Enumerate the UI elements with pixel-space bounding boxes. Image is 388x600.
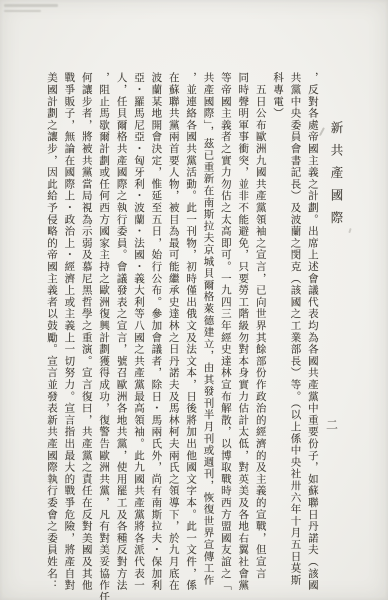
body-text: ，反對各處帝國主義之計劃。出席上述會議代表均為各國共產黨中重要份子，如蘇聯日丹諾… xyxy=(46,72,318,590)
watermark-line xyxy=(4,4,58,7)
text-column-16: 美國計劃之讓步，因此給予侵略的帝國主義者以鼓勵。宣言並發表新共產國際執行委會之委… xyxy=(46,72,57,590)
text-column-15: 戰爭販子，無論在國際上・政治上・經濟上或主義上一切努力。宣言指出最大的戰爭危險，… xyxy=(63,72,74,590)
text-column-1: ，反對各處帝國主義之計劃。出席上述會議代表均為各國共產黨中重要份子，如蘇聯日丹諾… xyxy=(307,72,318,590)
text-column-14: 何讓步者，將被共黨當局視為示弱及慕尼黑哲學之重演。宣言復曰，共產黨之責任在反對美… xyxy=(81,72,92,590)
text-column-11: 亞・羅馬尼亞・匈牙利・波蘭・法國・義大利等八國之共產黨最高領袖。此九國共產黨將各… xyxy=(133,72,144,590)
scan-artifact xyxy=(319,127,325,136)
text-column-3: 科專電） xyxy=(272,72,283,590)
page-header-title: 新共產國際 xyxy=(329,121,343,241)
text-column-13: ，阻止馬歇爾計劃或任何西方國家主持之歐洲復興計劃獲得成功，復警告歐洲共黨，凡有對… xyxy=(98,72,109,590)
text-column-9: 在蘇聯共黨兩首要人物，被目為最可能繼承史達林之日丹諾夫及馬林柯夫兩氏之領導下，於… xyxy=(168,72,179,590)
corner-watermark xyxy=(4,4,58,15)
text-column-8: ，並連絡各國共黨活動。此一刊物，初時僅出俄文及法文本，日後將加出他國文字本。此一… xyxy=(185,72,196,590)
text-column-10: 波蘭某地開會決定，惟延至五日，始行公布。參加會議者，除日・馬兩氏外，尚有南斯拉夫… xyxy=(150,72,161,590)
text-column-2: 共黨中央委員會書記長）及波蘭之閔克（該國之工業部長）等。（以上係中央社卅六年十月… xyxy=(289,72,300,590)
scan-artifact xyxy=(348,228,351,233)
page-number: 二 xyxy=(326,416,338,433)
text-column-7: 共產國際」，茲已重新在南斯拉夫京城貝爾格萊德建立，由其發刊半月刊或週刊，恢復世界… xyxy=(203,72,214,590)
text-column-6: 等帝國主義者之實力勿估之太高即可。一九四三年經史達林宣布解散，以博取戰時西方盟國… xyxy=(220,72,231,590)
scanned-book-page: 新共產國際 二 ，反對各處帝國主義之計劃。出席上述會議代表均為各國共產黨中重要份… xyxy=(0,0,388,600)
text-column-4: 五日公布歐洲九國共產黨領袖之宣言，已向世界其餘部份作政治的經濟的及主義的宣戰，但… xyxy=(255,72,266,590)
text-column-5: 同時聲明軍事衝突，並非不能避免，只要勞工階級勿對本身實力估計太低，對英美及各地右… xyxy=(237,72,248,590)
watermark-line xyxy=(4,10,41,13)
text-column-12: 人，任貝爾格共產國際之執行委員。會議發表之宣言，號召歐洲各地共黨，使用罷工及各種… xyxy=(116,72,127,590)
